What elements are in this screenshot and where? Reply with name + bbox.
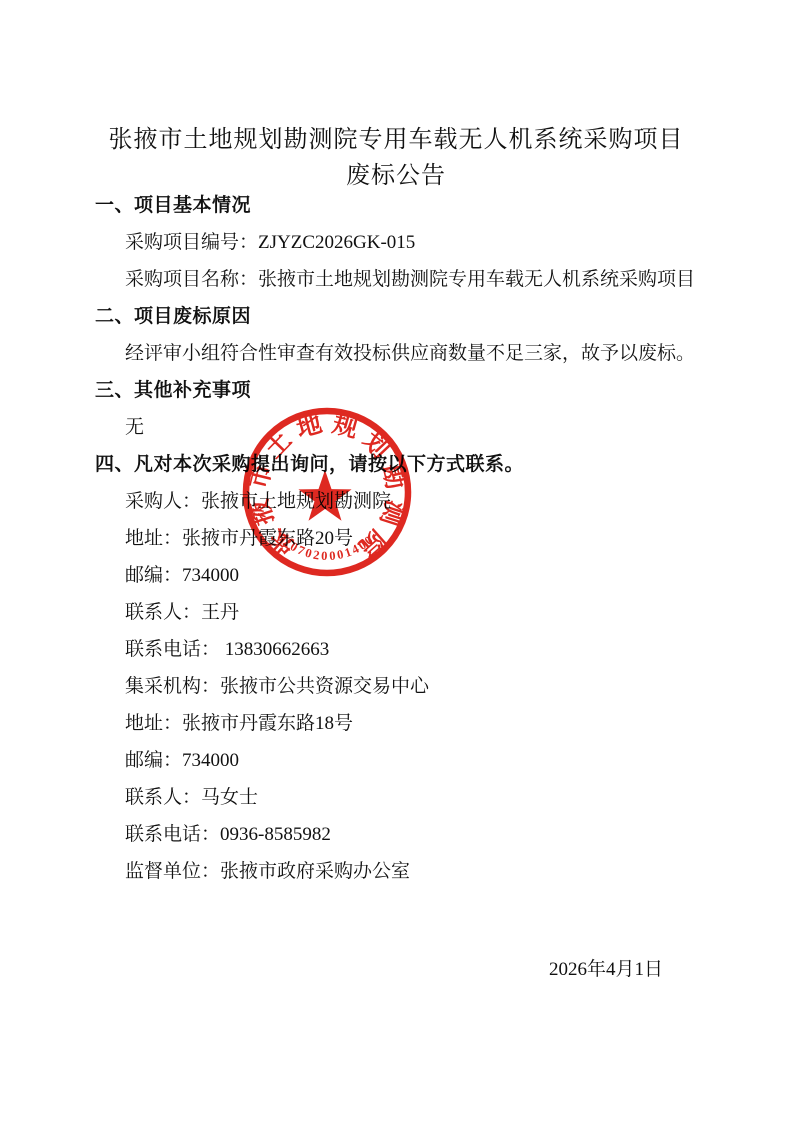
project-name-line: 采购项目名称：张掖市土地规划勘测院专用车载无人机系统采购项目 xyxy=(125,268,697,292)
purchaser-address-line: 地址：张掖市丹霞东路20号 xyxy=(125,527,697,551)
agency-contact-line: 联系人：马女士 xyxy=(125,786,697,810)
section-heading-3: 三、其他补充事项 xyxy=(95,379,697,403)
project-number-line: 采购项目编号：ZJYZC2026GK-015 xyxy=(125,231,697,255)
cancel-reason-line: 经评审小组符合性审查有效投标供应商数量不足三家，故予以废标。 xyxy=(125,342,697,366)
document-content: 张掖市土地规划勘测院专用车载无人机系统采购项目废标公告 一、项目基本情况 采购项… xyxy=(95,122,697,982)
purchaser-phone-line: 联系电话： 13830662663 xyxy=(125,638,697,662)
title-line-1: 张掖市土地规划勘测院专用车载无人机系统采购项目 xyxy=(109,127,684,153)
title-line-2: 废标公告 xyxy=(346,163,446,189)
section-heading-2: 二、项目废标原因 xyxy=(95,305,697,329)
agency-address-line: 地址：张掖市丹霞东路18号 xyxy=(125,712,697,736)
agency-phone-line: 联系电话：0936-8585982 xyxy=(125,823,697,847)
purchaser-line: 采购人：张掖市土地规划勘测院 xyxy=(125,490,697,514)
supplement-line: 无 xyxy=(125,416,697,440)
document-date: 2026年4月1日 xyxy=(95,958,663,982)
section-heading-1: 一、项目基本情况 xyxy=(95,194,697,218)
agency-zipcode-line: 邮编：734000 xyxy=(125,749,697,773)
supervisor-line: 监督单位：张掖市政府采购办公室 xyxy=(125,860,697,884)
section-heading-4: 四、凡对本次采购提出询问，请按以下方式联系。 xyxy=(95,453,697,477)
document-title: 张掖市土地规划勘测院专用车载无人机系统采购项目废标公告 xyxy=(95,122,697,194)
purchaser-contact-line: 联系人：王丹 xyxy=(125,601,697,625)
purchaser-zipcode-line: 邮编：734000 xyxy=(125,564,697,588)
document-page: 张掖市土地规划勘测院专用车载无人机系统采购项目废标公告 一、项目基本情况 采购项… xyxy=(0,0,793,1122)
agency-line: 集采机构：张掖市公共资源交易中心 xyxy=(125,675,697,699)
